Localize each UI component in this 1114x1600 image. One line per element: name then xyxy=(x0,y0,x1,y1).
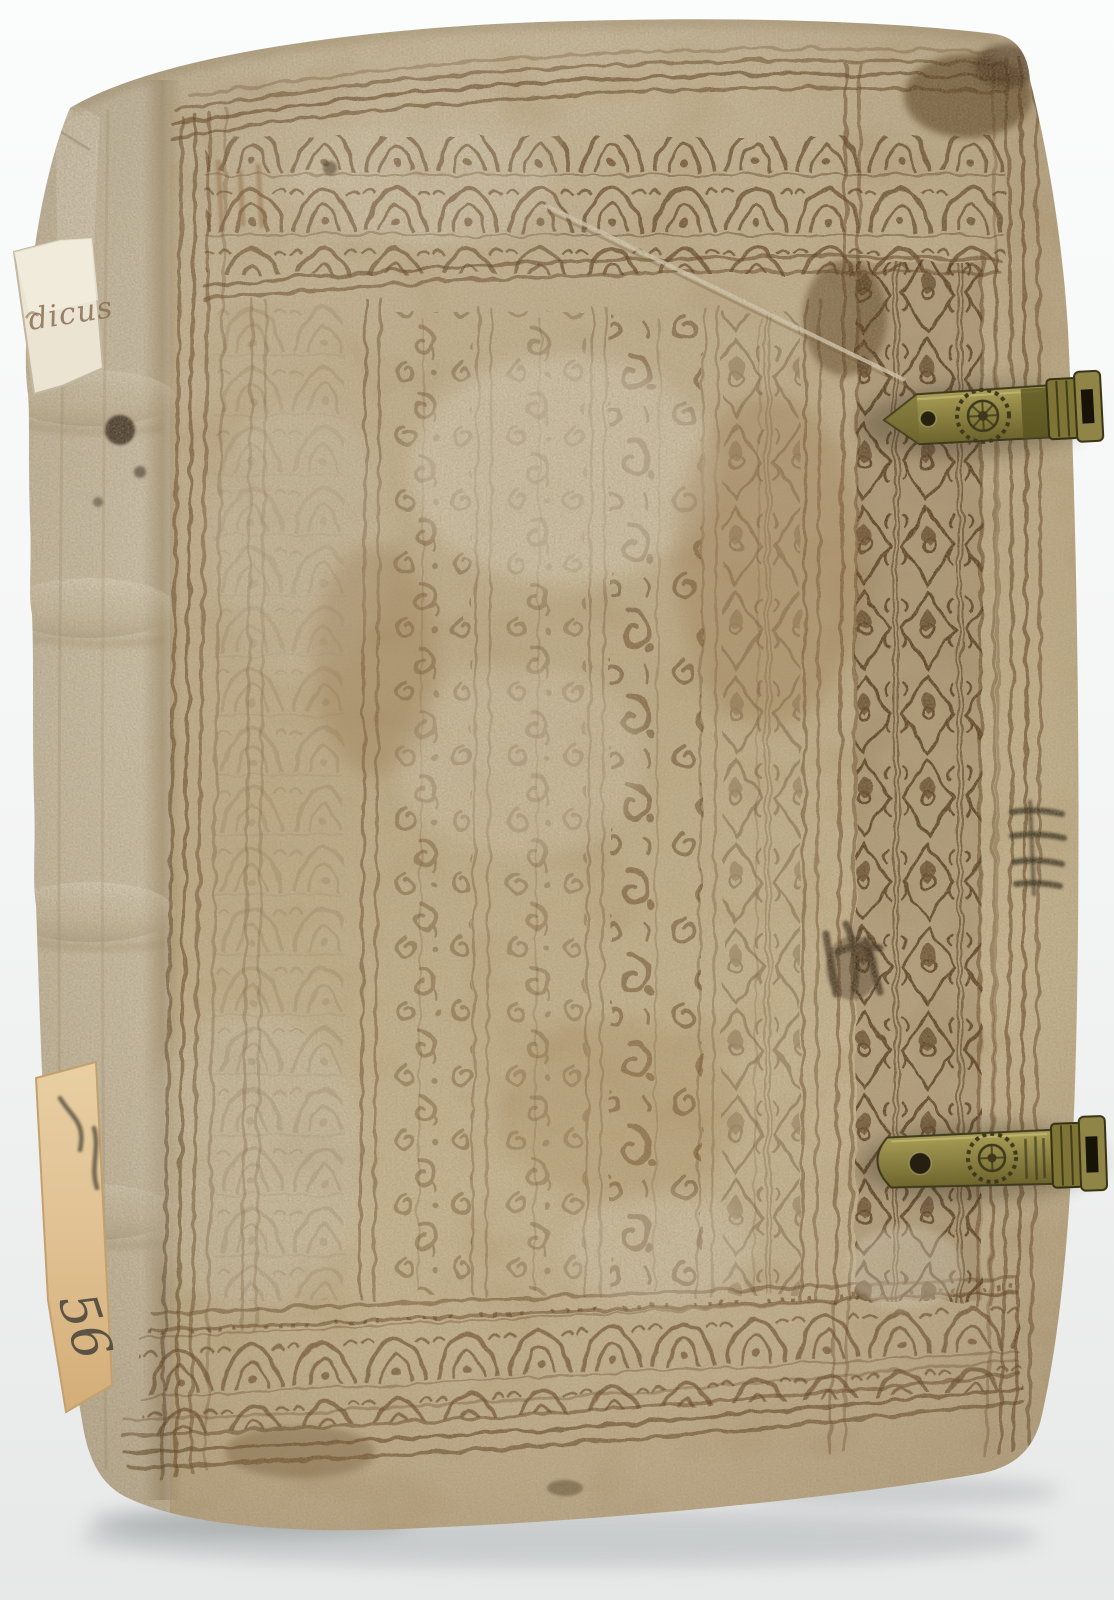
edge-vignette xyxy=(0,0,1114,1600)
book-cover xyxy=(0,0,1114,1600)
book-photo: dicus 56 xyxy=(0,0,1114,1600)
photo-scene: dicus 56 xyxy=(0,0,1114,1600)
